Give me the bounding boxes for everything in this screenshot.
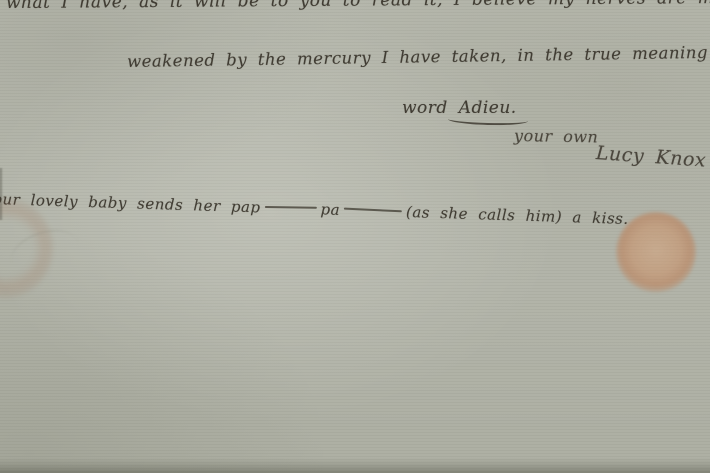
signature-lucy-knox: Lucy Knox — bbox=[595, 142, 710, 174]
bottom-paper-edge bbox=[0, 458, 710, 473]
left-paper-edge-shadow bbox=[0, 168, 3, 220]
closing-your-own: your own bbox=[514, 126, 599, 146]
pen-dash-stroke bbox=[265, 206, 317, 209]
letter-line-1: what I have, as it will be to you to rea… bbox=[6, 0, 710, 13]
postscript-line: our lovely baby sends her pappa(as she c… bbox=[0, 190, 629, 228]
word-label: word bbox=[402, 98, 448, 118]
wax-seal-stain bbox=[616, 212, 696, 292]
letter-photo: what I have, as it will be to you to rea… bbox=[0, 0, 710, 473]
postscript-part-3: (as she calls him) a kiss. bbox=[406, 203, 629, 228]
pen-dash-stroke bbox=[344, 208, 402, 213]
postscript-part-2: pa bbox=[320, 200, 340, 219]
letter-line-2: weakened by the mercury I have taken, in… bbox=[127, 42, 710, 71]
